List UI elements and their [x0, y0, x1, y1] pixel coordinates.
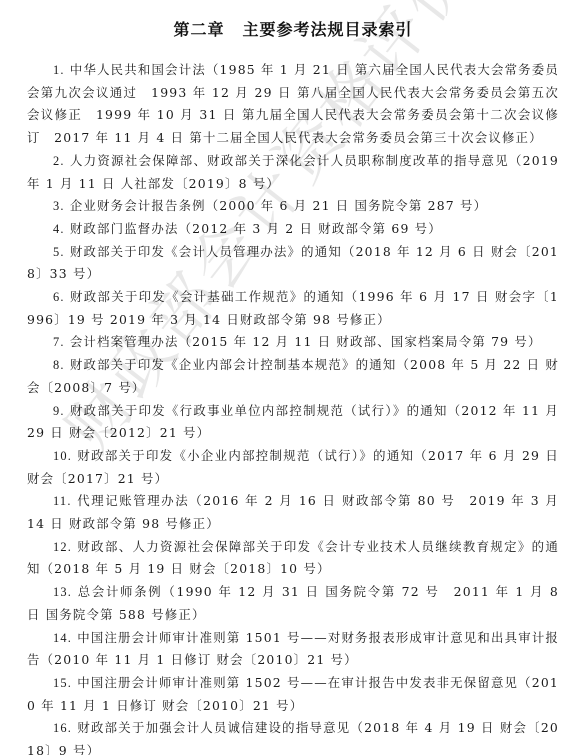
- list-item: 3. 企业财务会计报告条例（2000 年 6 月 21 日 国务院令第 287 …: [27, 195, 559, 218]
- list-item: 13. 总会计师条例（1990 年 12 月 31 日 国务院令第 72 号 2…: [27, 581, 559, 626]
- document-page: 第二章主要参考法规目录索引 1. 中华人民共和国会计法（1985 年 1 月 2…: [27, 0, 559, 755]
- list-item: 2. 人力资源社会保障部、财政部关于深化会计人员职称制度改革的指导意见（2019…: [27, 150, 559, 195]
- list-item: 9. 财政部关于印发《行政事业单位内部控制规范（试行）》的通知（2012 年 1…: [27, 400, 559, 445]
- list-item: 16. 财政部关于加强会计人员诚信建设的指导意见（2018 年 4 月 19 日…: [27, 717, 559, 755]
- list-item: 10. 财政部关于印发《小企业内部控制规范（试行）》的通知（2017 年 6 月…: [27, 445, 559, 490]
- list-item: 12. 财政部、人力资源社会保障部关于印发《会计专业技术人员继续教育规定》的通知…: [27, 536, 559, 581]
- list-item: 8. 财政部关于印发《企业内部会计控制基本规范》的通知（2008 年 5 月 2…: [27, 354, 559, 399]
- list-item: 4. 财政部门监督办法（2012 年 3 月 2 日 财政部令第 69 号）: [27, 218, 559, 241]
- list-item: 11. 代理记账管理办法（2016 年 2 月 16 日 财政部令第 80 号 …: [27, 490, 559, 535]
- list-item: 7. 会计档案管理办法（2015 年 12 月 11 日 财政部、国家档案局令第…: [27, 331, 559, 354]
- chapter-label: 第二章: [173, 20, 224, 39]
- page-title: 第二章主要参考法规目录索引: [27, 0, 559, 47]
- regulation-list: 1. 中华人民共和国会计法（1985 年 1 月 21 日 第六届全国人民代表大…: [27, 59, 559, 755]
- chapter-title: 主要参考法规目录索引: [243, 20, 413, 39]
- list-item: 1. 中华人民共和国会计法（1985 年 1 月 21 日 第六届全国人民代表大…: [27, 59, 559, 150]
- list-item: 15. 中国注册会计师审计准则第 1502 号——在审计报告中发表非无保留意见（…: [27, 672, 559, 717]
- list-item: 6. 财政部关于印发《会计基础工作规范》的通知（1996 年 6 月 17 日 …: [27, 286, 559, 331]
- list-item: 14. 中国注册会计师审计准则第 1501 号——对财务报表形成审计意见和出具审…: [27, 627, 559, 672]
- list-item: 5. 财政部关于印发《会计人员管理办法》的通知（2018 年 12 月 6 日 …: [27, 241, 559, 286]
